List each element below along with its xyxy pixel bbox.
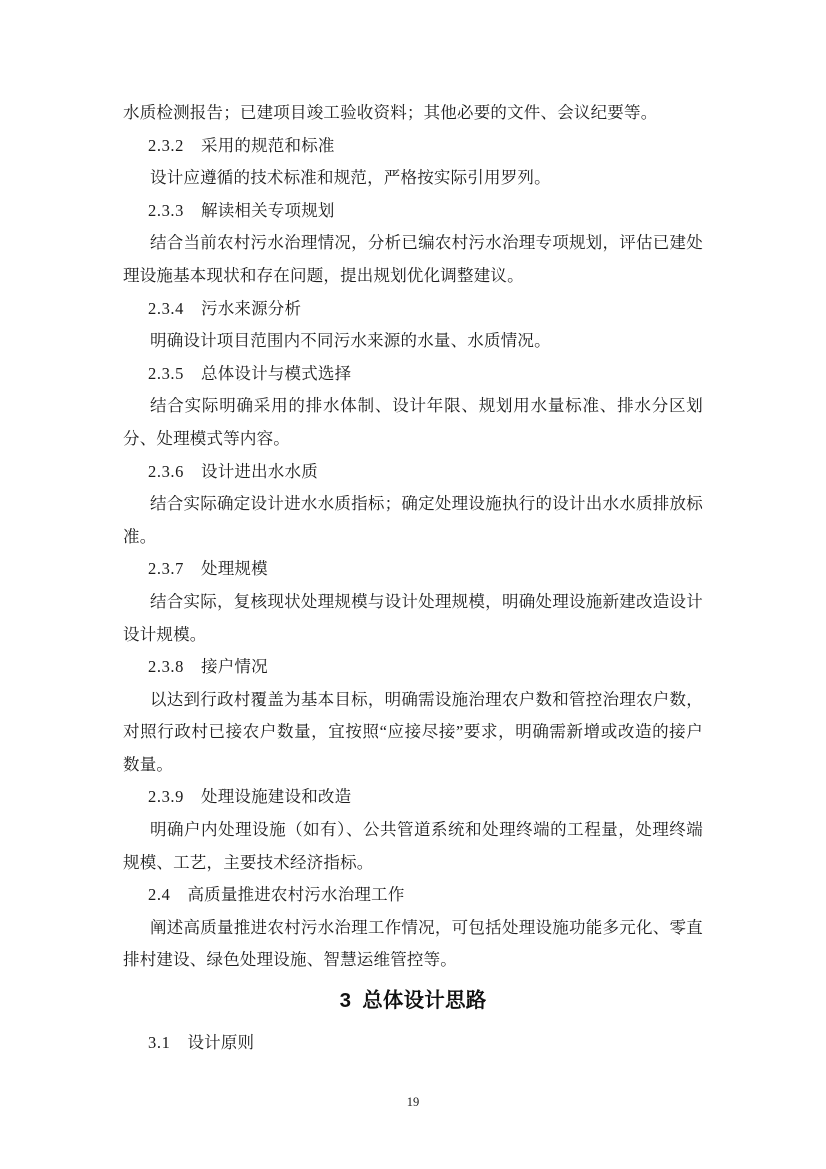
section-heading-2-3-7: 2.3.7处理规模 (123, 553, 703, 586)
paragraph: 结合实际确定设计进水水质指标；确定处理设施执行的设计出水水质排放标准。 (123, 488, 703, 553)
section-title: 处理规模 (201, 559, 268, 578)
page-number: 19 (0, 1094, 826, 1110)
section-heading-2-3-8: 2.3.8接户情况 (123, 651, 703, 684)
paragraph: 结合实际，复核现状处理规模与设计处理规模，明确处理设施新建改造设计设计规模。 (123, 586, 703, 651)
section-number: 3.1 (148, 1033, 170, 1052)
section-number: 2.3.3 (148, 201, 184, 220)
section-heading-2-3-4: 2.3.4污水来源分析 (123, 293, 703, 326)
section-heading-2-4: 2.4高质量推进农村污水治理工作 (123, 879, 703, 912)
paragraph: 设计应遵循的技术标准和规范，严格按实际引用罗列。 (123, 162, 703, 195)
section-heading-3-1: 3.1设计原则 (123, 1027, 703, 1060)
section-number: 2.3.9 (148, 787, 184, 806)
section-title: 处理设施建设和改造 (201, 787, 351, 806)
section-heading-2-3-2: 2.3.2采用的规范和标准 (123, 130, 703, 163)
paragraph: 阐述高质量推进农村污水治理工作情况，可包括处理设施功能多元化、零直排村建设、绿色… (123, 912, 703, 977)
section-number: 2.3.4 (148, 299, 184, 318)
chapter-heading-3: 3总体设计思路 (123, 983, 703, 1019)
section-heading-2-3-3: 2.3.3解读相关专项规划 (123, 195, 703, 228)
section-heading-2-3-6: 2.3.6设计进出水水质 (123, 456, 703, 489)
section-title: 总体设计与模式选择 (201, 364, 351, 383)
paragraph: 以达到行政村覆盖为基本目标，明确需设施治理农户数和管控治理农户数，对照行政村已接… (123, 684, 703, 782)
document-page: 水质检测报告；已建项目竣工验收资料；其他必要的文件、会议纪要等。 2.3.2采用… (0, 0, 826, 1169)
page-content: 水质检测报告；已建项目竣工验收资料；其他必要的文件、会议纪要等。 2.3.2采用… (123, 97, 703, 1060)
paragraph-continuation: 水质检测报告；已建项目竣工验收资料；其他必要的文件、会议纪要等。 (123, 97, 703, 130)
chapter-number: 3 (340, 989, 352, 1012)
paragraph: 结合实际明确采用的排水体制、设计年限、规划用水量标准、排水分区划分、处理模式等内… (123, 390, 703, 455)
paragraph: 结合当前农村污水治理情况，分析已编农村污水治理专项规划，评估已建处理设施基本现状… (123, 227, 703, 292)
section-number: 2.3.6 (148, 462, 184, 481)
section-title: 解读相关专项规划 (201, 201, 335, 220)
section-title: 接户情况 (201, 657, 268, 676)
section-heading-2-3-9: 2.3.9处理设施建设和改造 (123, 781, 703, 814)
section-number: 2.3.2 (148, 136, 184, 155)
section-heading-2-3-5: 2.3.5总体设计与模式选择 (123, 358, 703, 391)
paragraph: 明确设计项目范围内不同污水来源的水量、水质情况。 (123, 325, 703, 358)
section-title: 采用的规范和标准 (201, 136, 335, 155)
section-title: 污水来源分析 (201, 299, 301, 318)
section-number: 2.3.7 (148, 559, 184, 578)
section-title: 高质量推进农村污水治理工作 (187, 885, 404, 904)
section-title: 设计进出水水质 (201, 462, 318, 481)
section-title: 设计原则 (187, 1033, 254, 1052)
chapter-title: 总体设计思路 (362, 989, 486, 1012)
paragraph: 明确户内处理设施（如有）、公共管道系统和处理终端的工程量，处理终端规模、工艺，主… (123, 814, 703, 879)
section-number: 2.3.5 (148, 364, 184, 383)
section-number: 2.4 (148, 885, 170, 904)
section-number: 2.3.8 (148, 657, 184, 676)
